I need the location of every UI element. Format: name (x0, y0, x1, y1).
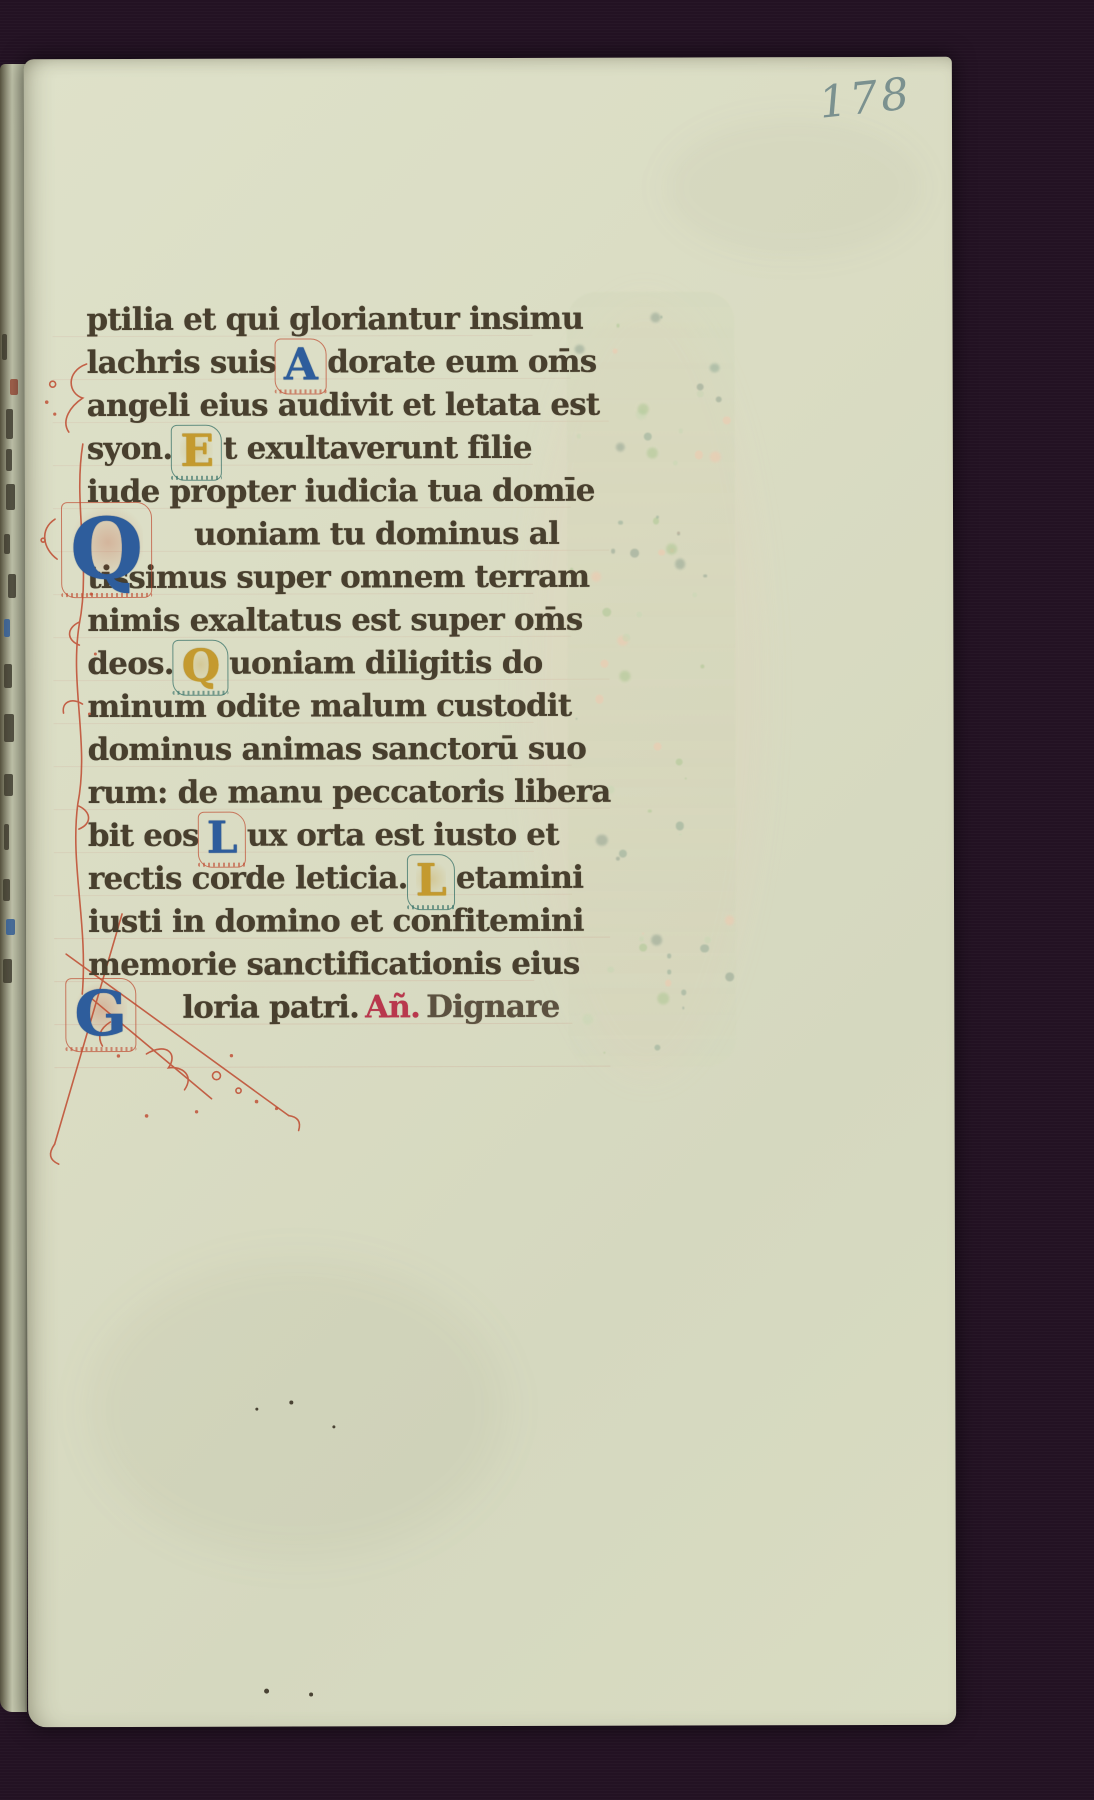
line-text: uoniam diligitis do (229, 645, 542, 682)
line-text: minum odite malum custodit (87, 688, 571, 725)
manuscript-line: uoniam tu dominus al (194, 513, 559, 557)
manuscript-line: iusti in domino et confitemini (88, 900, 584, 944)
line-text: etamini (456, 860, 584, 896)
vellum-stain (87, 1258, 508, 1559)
manuscript-line: rectis corde leticia.Letamini (88, 857, 583, 904)
illuminated-initial-Q: Q (182, 645, 220, 689)
illuminated-initial-A: A (284, 343, 317, 387)
rubric-antiphon-mark: Añ. (365, 989, 420, 1025)
ink-speck (264, 1689, 269, 1694)
line-text: bit eos (88, 818, 199, 854)
line-text: Dignare (426, 989, 560, 1025)
illuminated-initial-L: L (207, 817, 237, 861)
ink-speck (332, 1425, 335, 1428)
manuscript-line: memorie sanctificationis eius (88, 943, 579, 987)
manuscript-line: angeli eius audivit et letata est (87, 384, 600, 428)
book-fore-edge (0, 64, 27, 1712)
line-text: deos. (87, 646, 173, 682)
manuscript-line: tissimus super omnem terram (87, 556, 589, 600)
illuminated-initial-E: E (180, 430, 213, 474)
manuscript-line: rum: de manu peccatoris libera (88, 771, 611, 815)
line-text: iusti in domino et confitemini (88, 903, 584, 940)
line-text: loria patri. (182, 989, 359, 1025)
ink-speck (255, 1408, 258, 1411)
manuscript-page: 178 Q G (24, 57, 956, 1727)
line-text: ptilia et qui gloriantur insimu (86, 301, 583, 338)
ink-speck (289, 1401, 293, 1405)
line-text: iude propter iudicia tua domīe (87, 473, 595, 510)
manuscript-line: lachris suisAdorate eum om̄s (87, 341, 597, 388)
illuminated-initial-G: G (74, 983, 127, 1045)
line-text: syon. (87, 431, 173, 467)
line-text: memorie sanctificationis eius (88, 946, 579, 983)
manuscript-line: nimis exaltatus est super om̄s (87, 599, 582, 643)
illuminated-initial-Q: Q (70, 507, 143, 591)
line-text: t exultaverunt filie (223, 430, 532, 467)
manuscript-line: minum odite malum custodit (87, 685, 571, 729)
line-text: uoniam tu dominus al (194, 516, 559, 553)
manuscript-line: deos.Quoniam diligitis do (87, 642, 542, 689)
line-text: dorate eum om̄s (327, 344, 596, 381)
line-text: lachris suis (87, 345, 276, 381)
line-text: rectis corde leticia. (88, 860, 408, 897)
manuscript-line: loria patri.Añ.Dignare (182, 986, 559, 1030)
line-text: tissimus super omnem terram (87, 559, 589, 596)
manuscript-line: bit eosLux orta est iusto et (88, 814, 559, 861)
line-text: dominus animas sanctorū suo (88, 731, 587, 768)
ink-speck (309, 1692, 313, 1696)
line-text: rum: de manu peccatoris libera (88, 774, 611, 811)
line-text: ux orta est iusto et (247, 817, 559, 854)
manuscript-line: ptilia et qui gloriantur insimu (86, 298, 583, 342)
manuscript-line: syon.Et exultaverunt filie (87, 427, 532, 474)
line-text: angeli eius audivit et letata est (87, 387, 600, 424)
manuscript-line: iude propter iudicia tua domīe (87, 470, 595, 514)
line-text: nimis exaltatus est super om̄s (87, 602, 582, 639)
manuscript-line: dominus animas sanctorū suo (88, 728, 587, 772)
illuminated-initial-L: L (416, 859, 446, 903)
folio-number: 178 (816, 68, 914, 129)
photograph-backdrop: { "folio_number": "178", "text_lines": [… (0, 0, 1094, 1800)
vellum-stain (664, 117, 924, 258)
